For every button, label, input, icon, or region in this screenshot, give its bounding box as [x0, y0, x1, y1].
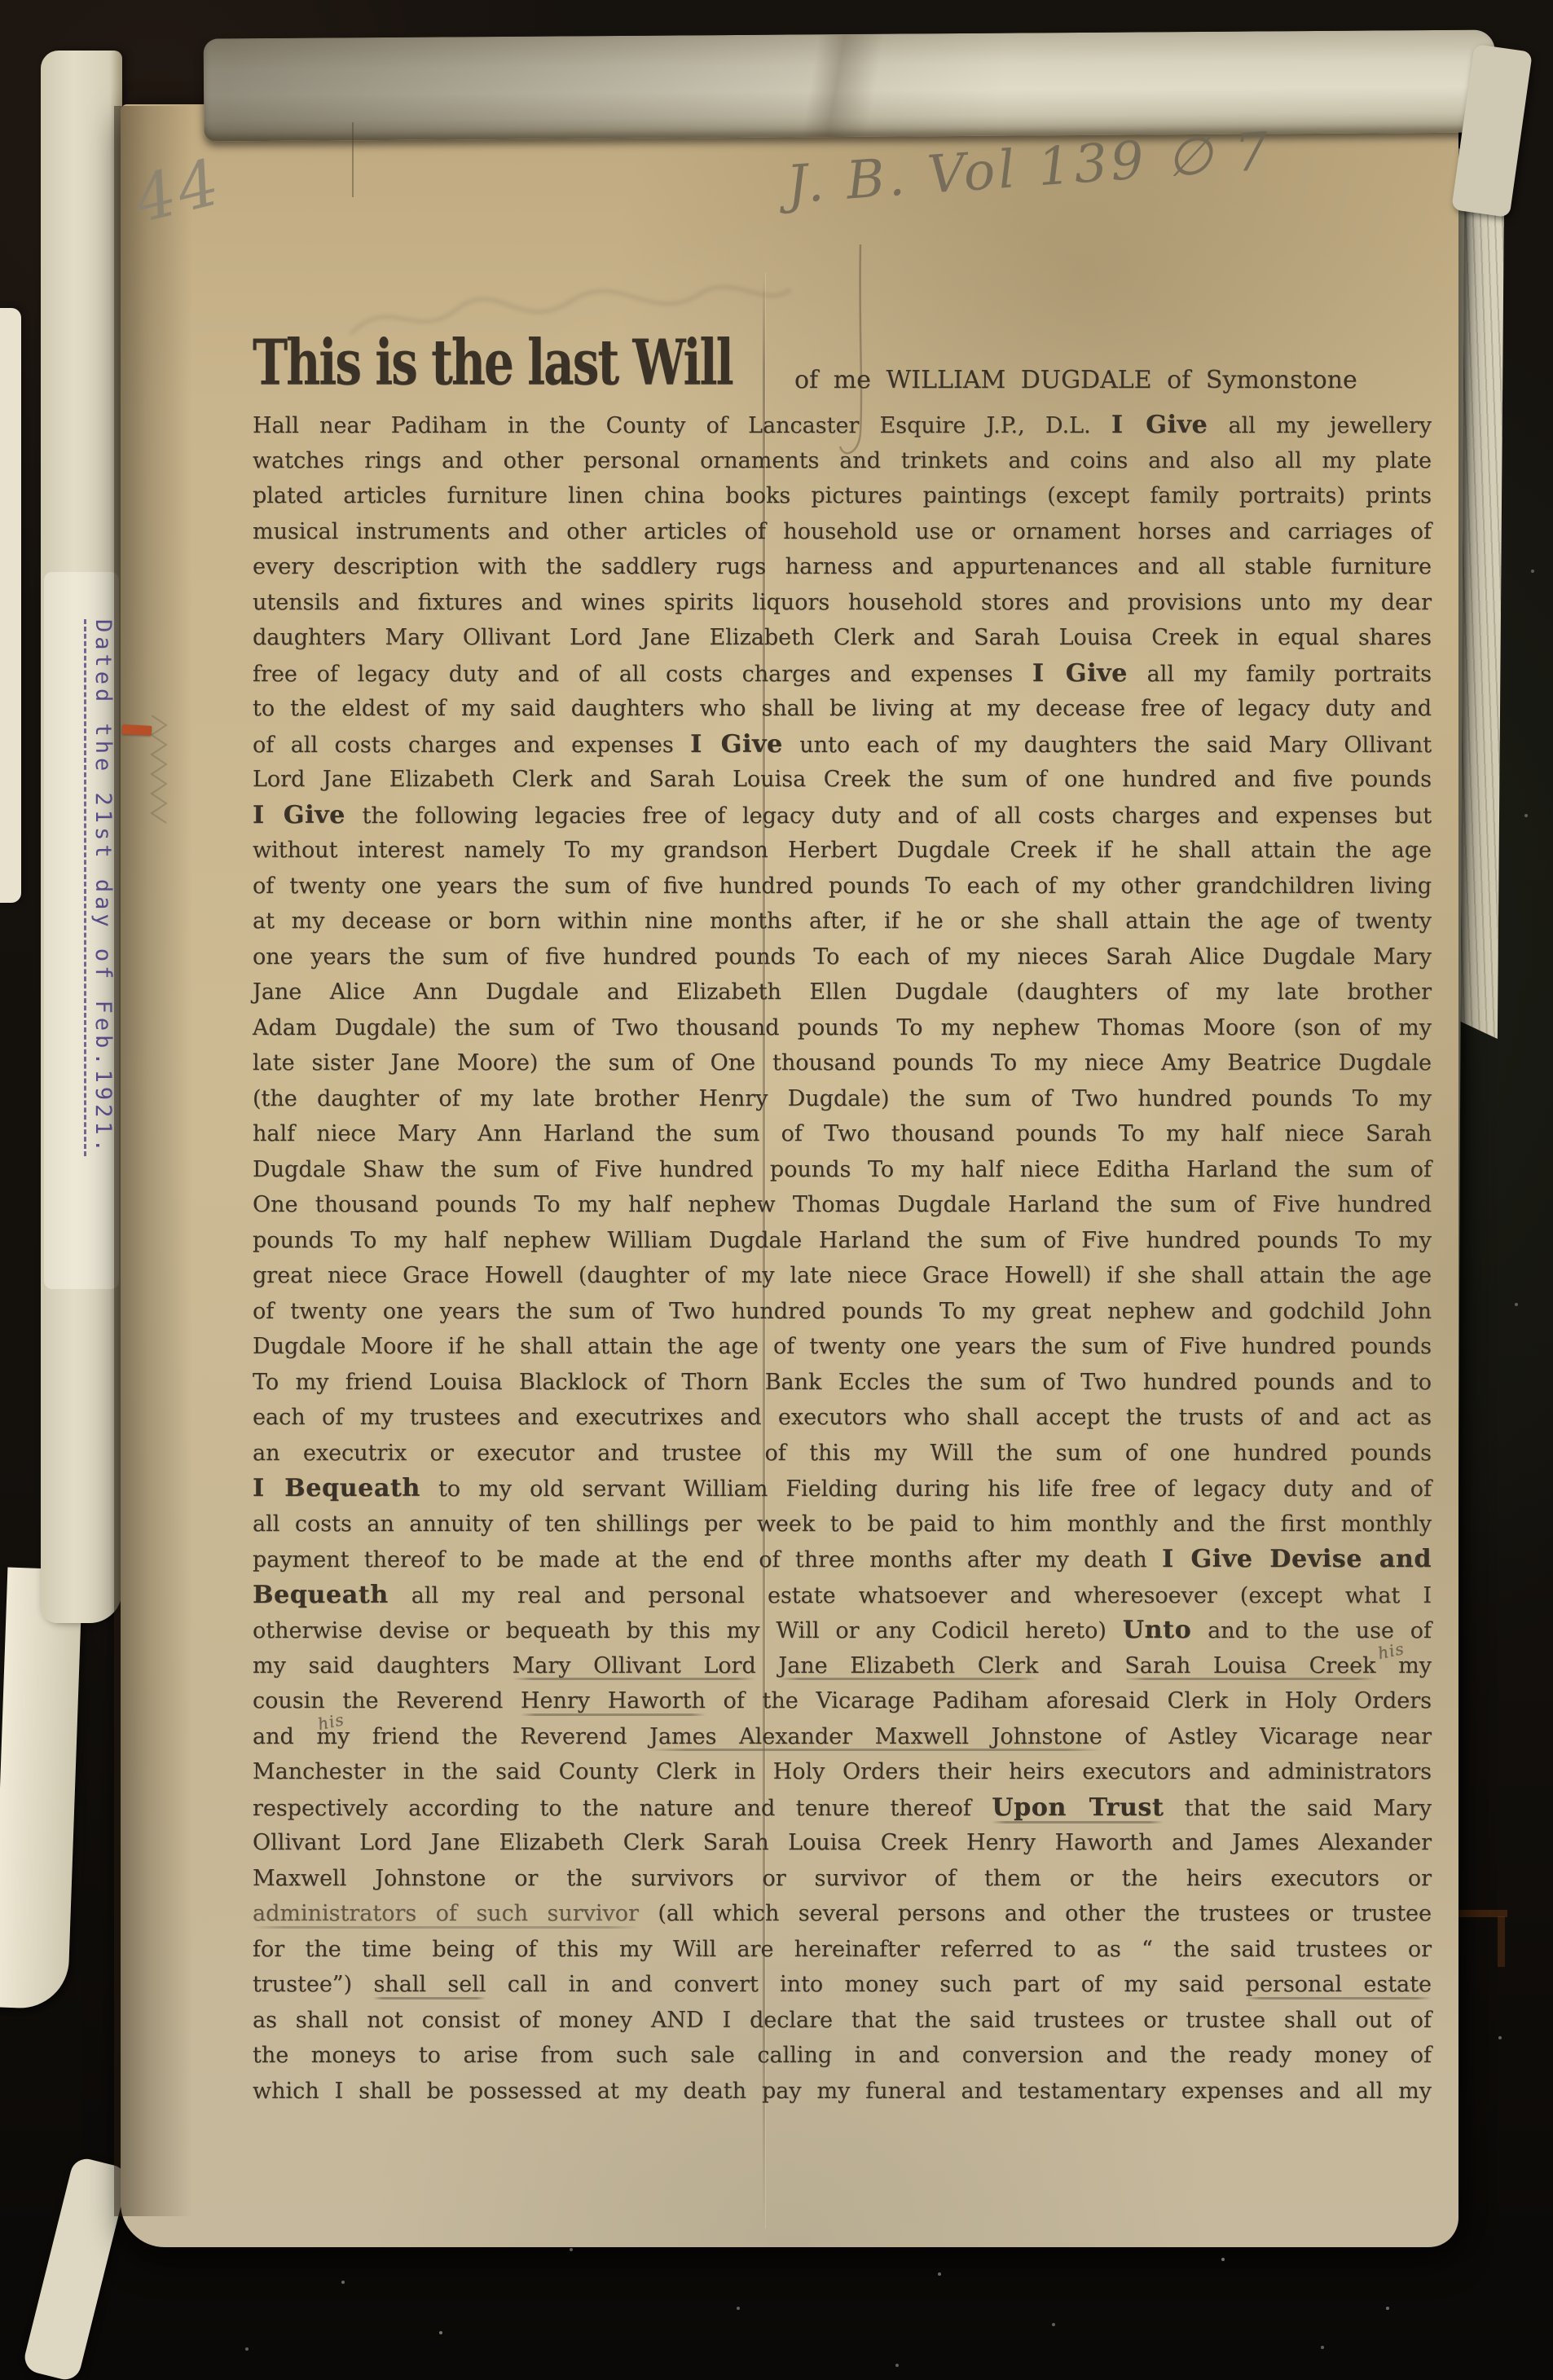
body-line: One thousand pounds To my half nephew Th…: [253, 1187, 1432, 1223]
margin-date-tab: Dated the 21st day of Feb.1921.: [84, 619, 116, 1156]
body-line: musical instruments and other articles o…: [253, 514, 1432, 550]
body-line: and myhis friend the Reverend James Alex…: [253, 1719, 1432, 1755]
body-line: of twenty one years the sum of Two hundr…: [253, 1294, 1432, 1330]
body-line: Hall near Padiham in the County of Lanca…: [253, 407, 1432, 443]
body-line: an executrix or executor and trustee of …: [253, 1436, 1432, 1472]
body-line: at my decease or born within nine months…: [253, 904, 1432, 939]
body-line: my said daughters Mary Ollivant Lord Jan…: [253, 1648, 1432, 1684]
body-line: late sister Jane Moore) the sum of One t…: [253, 1045, 1432, 1081]
body-line: half niece Mary Ann Harland the sum of T…: [253, 1116, 1432, 1152]
body-line: pounds To my half nephew William Dugdale…: [253, 1223, 1432, 1259]
body-line: Adam Dugdale) the sum of Two thousand po…: [253, 1010, 1432, 1046]
red-thread-mark: [122, 724, 152, 736]
will-body: Hall near Padiham in the County of Lanca…: [253, 407, 1432, 2109]
body-line: trustee”) shall sell call in and convert…: [253, 1967, 1432, 2003]
body-line: cousin the Reverend Henry Haworth of the…: [253, 1683, 1432, 1719]
body-line: Dugdale Moore if he shall attain the age…: [253, 1329, 1432, 1365]
body-line: to the eldest of my said daughters who s…: [253, 691, 1432, 727]
right-page-edges-band: [1457, 175, 1504, 1039]
will-headline: This is the last Will of me WILLIAM DUGD…: [253, 323, 1432, 401]
body-line: of twenty one years the sum of five hund…: [253, 869, 1432, 904]
body-line: plated articles furniture linen china bo…: [253, 478, 1432, 514]
body-line: Ollivant Lord Jane Elizabeth Clerk Sarah…: [253, 1825, 1432, 1861]
body-line: Maxwell Johnstone or the survivors or su…: [253, 1861, 1432, 1897]
far-left-page-edge: [0, 308, 21, 903]
headline-testator: of me WILLIAM DUGDALE of Symonstone: [794, 366, 1357, 394]
top-crease-mark: [352, 122, 354, 197]
body-line: To my friend Louisa Blacklock of Thorn B…: [253, 1365, 1432, 1401]
body-line: all costs an annuity of ten shillings pe…: [253, 1507, 1432, 1542]
body-line: free of legacy duty and of all costs cha…: [253, 656, 1432, 692]
bottom-left-page-curl: [0, 1568, 82, 2010]
body-line: Manchester in the said County Clerk in H…: [253, 1754, 1432, 1790]
headline-blackletter: This is the last Will: [253, 326, 733, 399]
body-line: Bequeath all my real and personal estate…: [253, 1577, 1432, 1613]
cover-blind-stamp: [1498, 1916, 1505, 1967]
will-text: This is the last Will of me WILLIAM DUGD…: [253, 323, 1432, 2109]
scanned-book-photo: 44 J. B. Vol 139 ∅ 7 Dated the 21st day …: [0, 0, 1553, 2380]
body-line: for the time being of this my Will are h…: [253, 1932, 1432, 1968]
body-line: the moneys to arise from such sale calli…: [253, 2038, 1432, 2074]
body-line: Jane Alice Ann Dugdale and Elizabeth Ell…: [253, 974, 1432, 1010]
body-line: (the daughter of my late brother Henry D…: [253, 1081, 1432, 1117]
body-line: daughters Mary Ollivant Lord Jane Elizab…: [253, 620, 1432, 656]
body-line: as shall not consist of money AND I decl…: [253, 2003, 1432, 2039]
body-line: each of my trustees and executrixes and …: [253, 1400, 1432, 1436]
body-line: of all costs charges and expenses I Give…: [253, 727, 1432, 763]
body-line: I Bequeath to my old servant William Fie…: [253, 1471, 1432, 1507]
gutter-shadow: [114, 106, 192, 2216]
body-line: Lord Jane Elizabeth Clerk and Sarah Loui…: [253, 762, 1432, 798]
body-line: without interest namely To my grandson H…: [253, 833, 1432, 869]
body-line: watches rings and other personal ornamen…: [253, 443, 1432, 479]
body-line: respectively according to the nature and…: [253, 1790, 1432, 1826]
body-line: I Give the following legacies free of le…: [253, 798, 1432, 834]
body-line: administrators of such survivor (all whi…: [253, 1896, 1432, 1932]
body-line: which I shall be possessed at my death p…: [253, 2074, 1432, 2109]
rolled-top-edge: [204, 29, 1496, 141]
body-line: payment thereof to be made at the end of…: [253, 1542, 1432, 1577]
dust-specks: [0, 0, 2, 2]
body-line: great niece Grace Howell (daughter of my…: [253, 1258, 1432, 1294]
body-line: one years the sum of five hundred pounds…: [253, 939, 1432, 975]
body-line: every description with the saddlery rugs…: [253, 549, 1432, 585]
body-line: otherwise devise or bequeath by this my …: [253, 1612, 1432, 1648]
body-line: utensils and fixtures and wines spirits …: [253, 585, 1432, 621]
body-line: Dugdale Shaw the sum of Five hundred pou…: [253, 1152, 1432, 1188]
